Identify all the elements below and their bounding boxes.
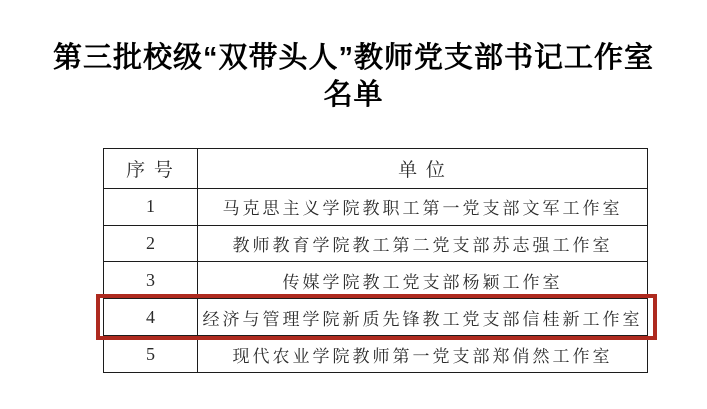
row-number: 1 (104, 188, 198, 225)
document-page: { "title": { "line1": "第三批校级“双带头人”教师党支部书… (0, 0, 707, 409)
column-header-no: 序 号 (104, 149, 198, 189)
row-unit: 马克思主义学院教职工第一党支部文军工作室 (198, 188, 648, 225)
page-title-line1: 第三批校级“双带头人”教师党支部书记工作室 (0, 40, 707, 77)
column-header-unit: 单 位 (198, 149, 648, 189)
table-header-row: 序 号 单 位 (104, 149, 648, 189)
table-row-highlighted: 4 经济与管理学院新质先锋教工党支部信桂新工作室 (104, 299, 648, 336)
table-row: 3 传媒学院教工党支部杨颖工作室 (104, 262, 648, 299)
row-unit: 教师教育学院教工第二党支部苏志强工作室 (198, 225, 648, 262)
row-number: 5 (104, 336, 198, 373)
page-title: 第三批校级“双带头人”教师党支部书记工作室 名单 (0, 40, 707, 114)
page-title-line2: 名单 (0, 77, 707, 114)
row-unit: 经济与管理学院新质先锋教工党支部信桂新工作室 (198, 299, 648, 336)
roster-table: 序 号 单 位 1 马克思主义学院教职工第一党支部文军工作室 2 教师教育学院教… (103, 148, 648, 373)
row-number: 2 (104, 225, 198, 262)
row-unit: 传媒学院教工党支部杨颖工作室 (198, 262, 648, 299)
row-unit: 现代农业学院教师第一党支部郑俏然工作室 (198, 336, 648, 373)
row-number: 4 (104, 299, 198, 336)
table-row: 2 教师教育学院教工第二党支部苏志强工作室 (104, 225, 648, 262)
row-number: 3 (104, 262, 198, 299)
table-row: 5 现代农业学院教师第一党支部郑俏然工作室 (104, 336, 648, 373)
table-row: 1 马克思主义学院教职工第一党支部文军工作室 (104, 188, 648, 225)
